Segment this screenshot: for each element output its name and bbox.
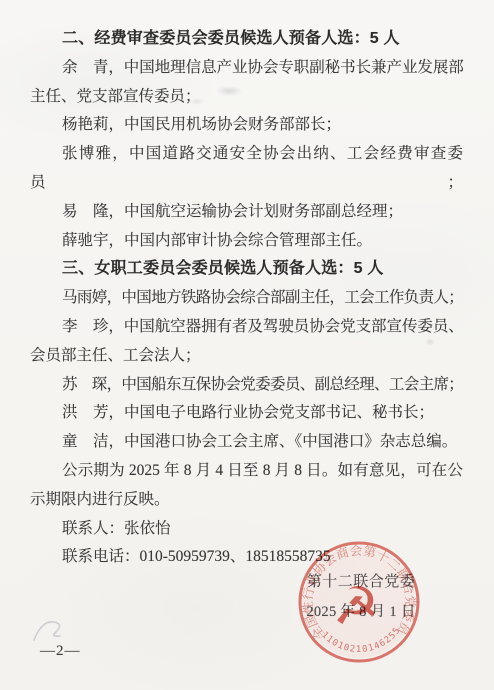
doc-line: 会员部主任、工会法人； — [30, 342, 463, 371]
doc-line: 李 珍，中国航空器拥有者及驾驶员协会党支部宣传委员、 — [30, 313, 463, 342]
doc-line: 余 青，中国地理信息产业协会专职副秘书长兼产业发展部 — [30, 54, 463, 83]
doc-line: 三、女职工委员会委员候选人预备人选：5 人 — [30, 255, 463, 284]
page-number: —2— — [40, 643, 81, 660]
doc-line: 杨艳莉，中国民用机场协会财务部部长； — [30, 111, 463, 140]
signature-committee: 第十二联合党委 — [288, 571, 434, 593]
doc-line: 公示期为 2025 年 8 月 4 日至 8 月 8 日。如有意见，可在公 — [30, 457, 463, 486]
doc-line: 苏 琛，中国船东互保协会党委委员、副总经理、工会主席； — [30, 371, 463, 400]
doc-line: 联系电话：010-50959739、18518558735 — [30, 543, 463, 572]
signature-date: 2025 年 8 月 1 日 — [288, 601, 434, 623]
doc-line: 联系人：张依怡 — [30, 515, 463, 544]
document-body: 二、经费审查委员会委员候选人预备人选：5 人余 青，中国地理信息产业协会专职副秘… — [30, 25, 463, 572]
doc-line: 二、经费审查委员会委员候选人预备人选：5 人 — [30, 25, 463, 54]
doc-line: 洪 芳，中国电子电路行业协会党支部书记、秘书长； — [30, 399, 463, 428]
seal-code: 11010210146255 — [319, 625, 403, 655]
signature-block: 第十二联合党委 2025 年 8 月 1 日 — [288, 571, 434, 623]
doc-line: 张博雅，中国道路交通安全协会出纳、工会经费审查委员； — [30, 140, 463, 198]
doc-line: 马雨婷，中国地方铁路协会综合部副主任，工会工作负责人； — [30, 284, 463, 313]
doc-line: 主任、党支部宣传委员； — [30, 83, 463, 112]
doc-line: 易 隆，中国航空运输协会计划财务部副总经理； — [30, 198, 463, 227]
doc-line: 童 洁，中国港口协会工会主席、《中国港口》杂志总编。 — [30, 428, 463, 457]
doc-line: 薛驰宇，中国内部审计协会综合管理部主任。 — [30, 227, 463, 256]
doc-line: 示期限内进行反映。 — [30, 486, 463, 515]
scanned-document-page: 二、经费审查委员会委员候选人预备人选：5 人余 青，中国地理信息产业协会专职副秘… — [0, 0, 494, 690]
